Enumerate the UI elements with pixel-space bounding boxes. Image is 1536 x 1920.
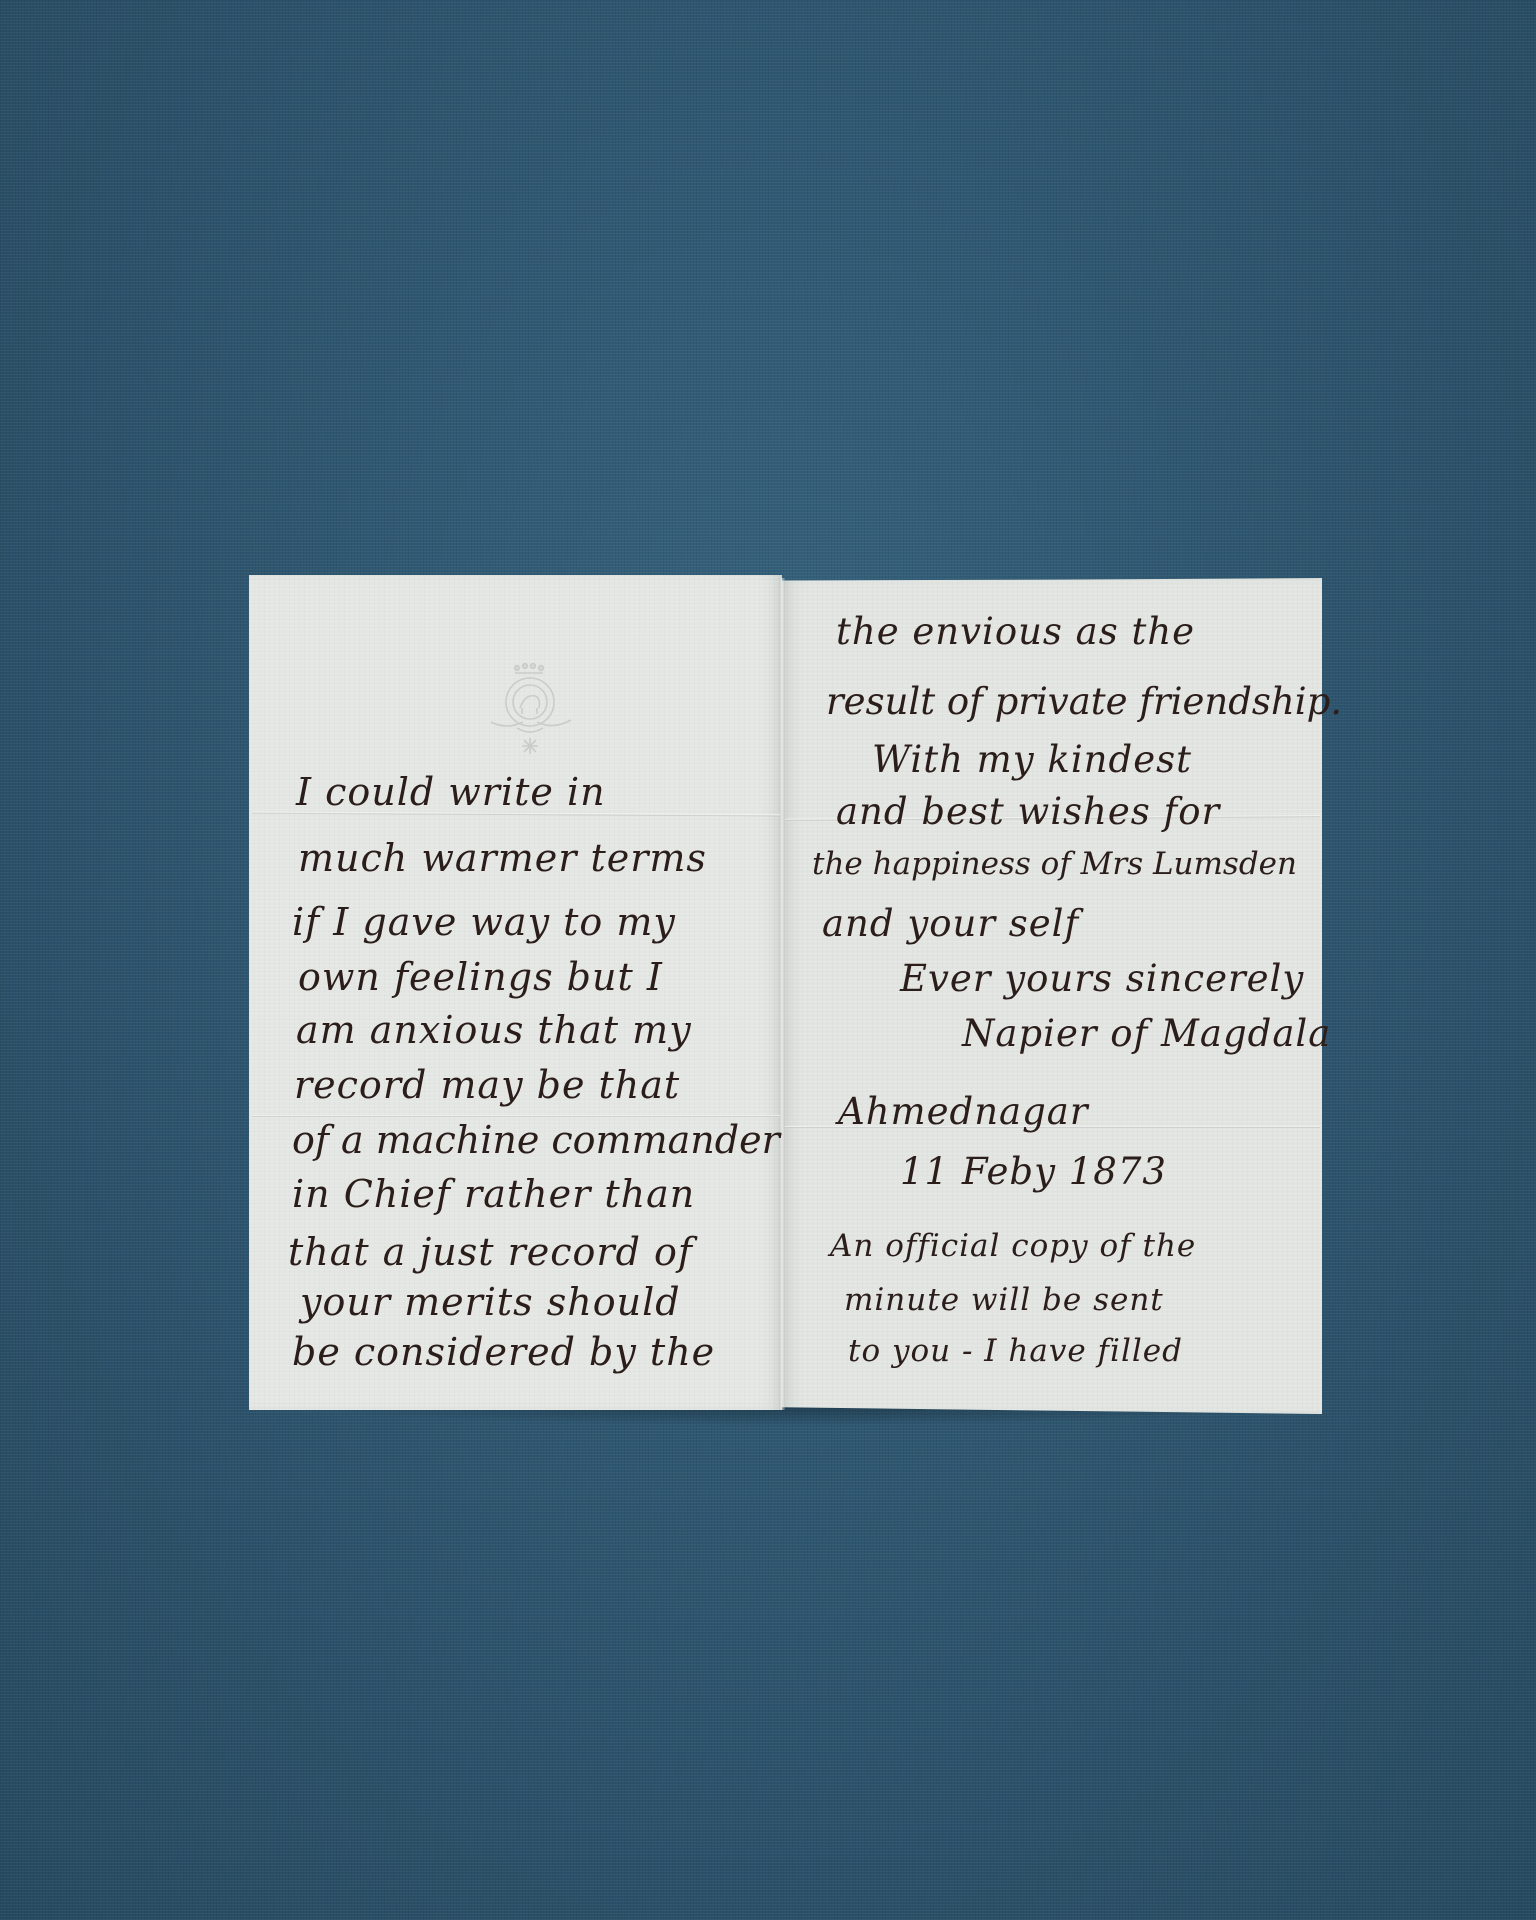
left-line-2: much warmer terms [298, 836, 707, 880]
left-line-8: in Chief rather than [292, 1172, 695, 1216]
folded-letter: I could write in much warmer terms if I … [0, 0, 1536, 1920]
signature: Napier of Magdala [962, 1012, 1331, 1055]
date-line: 11 Feby 1873 [900, 1150, 1167, 1193]
right-line-1: the envious as the [836, 610, 1195, 653]
place-line: Ahmednagar [838, 1090, 1089, 1133]
left-line-5: am anxious that my [296, 1008, 692, 1052]
right-line-3: With my kindest [872, 738, 1192, 781]
center-fold [779, 578, 785, 1410]
closing-line: Ever yours sincerely [900, 957, 1304, 1000]
left-line-6: record may be that [294, 1063, 680, 1107]
left-line-1: I could write in [296, 770, 606, 814]
embossed-crest-icon [487, 658, 577, 758]
left-line-7: of a machine commander [292, 1118, 780, 1162]
left-line-11: be considered by the [292, 1330, 715, 1374]
right-line-5: the happiness of Mrs Lumsden [812, 846, 1297, 882]
left-line-4: own feelings but I [298, 955, 663, 999]
right-line-6: and your self [822, 902, 1079, 945]
left-line-3: if I gave way to my [292, 900, 676, 944]
left-line-10: your merits should [300, 1280, 681, 1324]
postscript-line-2: minute will be sent [844, 1282, 1164, 1318]
postscript-line-3: to you - I have filled [848, 1333, 1183, 1369]
postscript-line-1: An official copy of the [830, 1228, 1196, 1264]
right-line-2: result of private friendship. [826, 680, 1342, 723]
right-line-4: and best wishes for [836, 790, 1220, 833]
left-line-9: that a just record of [288, 1230, 693, 1274]
horizontal-fold-lower-left [252, 1115, 780, 1117]
